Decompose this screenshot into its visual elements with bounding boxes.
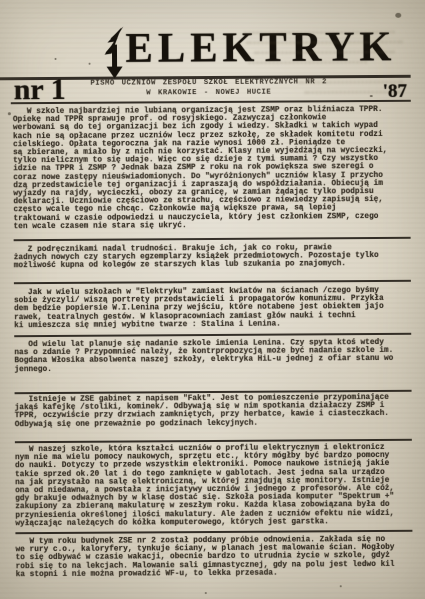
divider-rule [14, 237, 411, 241]
scan-speck [8, 112, 11, 115]
article-paragraph-4: Od wielu lat planuje się nadanie szkole … [14, 339, 414, 374]
issue-number: nr 1 [14, 75, 66, 105]
scan-speck [370, 95, 373, 97]
article-paragraph-3: Jak w wielu szkołach w "Elektryku" zamia… [14, 287, 414, 330]
article-paragraph-6: W naszej szkole, która kształci uczniów … [15, 444, 415, 528]
scan-speck [55, 58, 57, 60]
subtitle-line-1: PISMO UCZNIÓW ZESPOŁU SZKÓŁ ELEKTRYCZNYC… [87, 78, 331, 89]
lightning-bolt-icon [101, 27, 127, 79]
article-paragraph-7: W tym roku budynek ZSE nr 2 został podda… [15, 536, 415, 579]
subtitle-divider-rule [11, 100, 411, 104]
scan-speck [89, 63, 91, 65]
divider-rule [15, 439, 412, 443]
subtitle-line-2: W KRAKOWIE - NOWEJ HUCIE [87, 88, 331, 99]
article-paragraph-5: Istnieje w ZSE gabinet z napisem "Fakt".… [15, 394, 415, 429]
issue-year: '87 [383, 81, 407, 103]
divider-rule [14, 333, 411, 337]
scan-speck [340, 585, 342, 587]
bleed-through-text [244, 31, 402, 72]
scanned-newsletter-page: ELEKTRYK nr 1 PISMO UCZNIÓW ZESPOŁU SZKÓ… [0, 0, 425, 599]
masthead-subtitle: PISMO UCZNIÓW ZESPOŁU SZKÓŁ ELEKTRYCZNYC… [87, 78, 331, 98]
article-paragraph-2: Z podręcznikami nadal trudności. Brakuje… [14, 244, 414, 271]
scan-speck [395, 13, 401, 18]
divider-rule [14, 280, 411, 284]
divider-rule [15, 530, 412, 534]
article-paragraph-1: W szkole najbardziej nie lubianą organiz… [13, 106, 414, 231]
scan-speck [205, 592, 207, 594]
